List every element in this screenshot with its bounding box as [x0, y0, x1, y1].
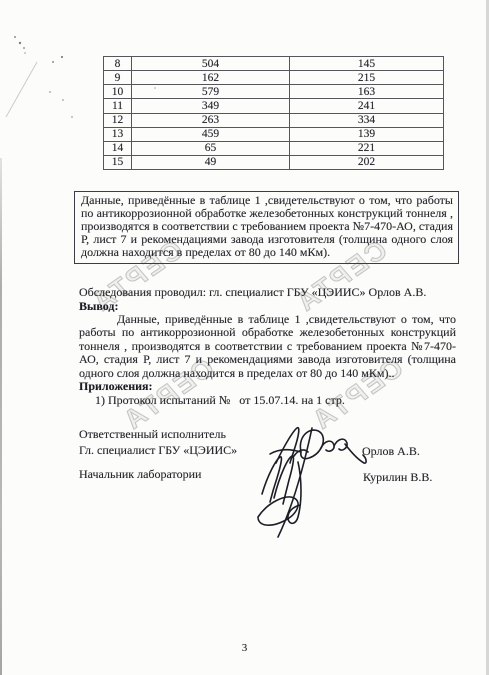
- table-row: 13 459 139: [104, 127, 444, 141]
- page-number: 3: [0, 642, 489, 654]
- value-cell: 504: [132, 57, 290, 71]
- value-cell: 202: [290, 155, 444, 169]
- responsible-executor-label: Ответственный исполнитель: [79, 428, 226, 441]
- row-number-cell: 8: [104, 57, 132, 71]
- value-cell: 49: [132, 155, 290, 169]
- row-number-cell: 15: [104, 155, 132, 169]
- table-row: 11 349 241: [104, 99, 444, 113]
- table-row: 12 263 334: [104, 113, 444, 127]
- table-row: 14 65 221: [104, 141, 444, 155]
- orlov-signature: [268, 423, 370, 471]
- table-row: 9 162 215: [104, 71, 444, 85]
- boxed-note: Данные, приведённые в таблице 1 ,свидете…: [74, 191, 459, 264]
- row-number-cell: 10: [104, 85, 132, 99]
- conclusion-paragraph: Данные, приведённые в таблице 1 ,свидете…: [79, 313, 456, 380]
- value-cell: 459: [132, 127, 290, 141]
- lab-head-label: Начальник лаборатории: [79, 468, 201, 481]
- value-cell: 162: [132, 71, 290, 85]
- scan-edge-left: [0, 158, 2, 675]
- row-number-cell: 13: [104, 127, 132, 141]
- value-cell: 241: [290, 99, 444, 113]
- value-cell: 349: [132, 99, 290, 113]
- value-cell: 334: [290, 113, 444, 127]
- responsible-executor-name: Орлов А.В.: [362, 445, 420, 458]
- value-cell: 263: [132, 113, 290, 127]
- attachments-heading: Приложения:: [79, 380, 153, 393]
- value-cell: 65: [132, 141, 290, 155]
- responsible-executor-title: Гл. специалист ГБУ «ЦЭИИС»: [79, 444, 237, 457]
- value-cell: 163: [290, 85, 444, 99]
- lab-head-name: Курилин В.В.: [363, 471, 432, 484]
- table-row: 8 504 145: [104, 57, 444, 71]
- inspector-line: Обследования проводил: гл. специалист ГБ…: [79, 286, 426, 299]
- value-cell: 139: [290, 127, 444, 141]
- row-number-cell: 12: [104, 113, 132, 127]
- value-cell: 579: [132, 85, 290, 99]
- table-row: 15 49 202: [104, 155, 444, 169]
- scanned-document-page: СЕРТА СЕРТА СЕРТА СЕРТА 8 504 145 9 162 …: [0, 0, 489, 675]
- row-number-cell: 11: [104, 99, 132, 113]
- table-row: 10 579 163: [104, 85, 444, 99]
- value-cell: 145: [290, 57, 444, 71]
- row-number-cell: 14: [104, 141, 132, 155]
- kurilin-signature: [250, 420, 342, 548]
- value-cell: 221: [290, 141, 444, 155]
- value-cell: 215: [290, 71, 444, 85]
- row-number-cell: 9: [104, 71, 132, 85]
- attachment-item: 1) Протокол испытаний № от 15.07.14. на …: [95, 393, 345, 408]
- measurements-table: 8 504 145 9 162 215 10 579 163 11 349 24…: [103, 56, 444, 170]
- conclusion-heading: Вывод:: [79, 300, 119, 313]
